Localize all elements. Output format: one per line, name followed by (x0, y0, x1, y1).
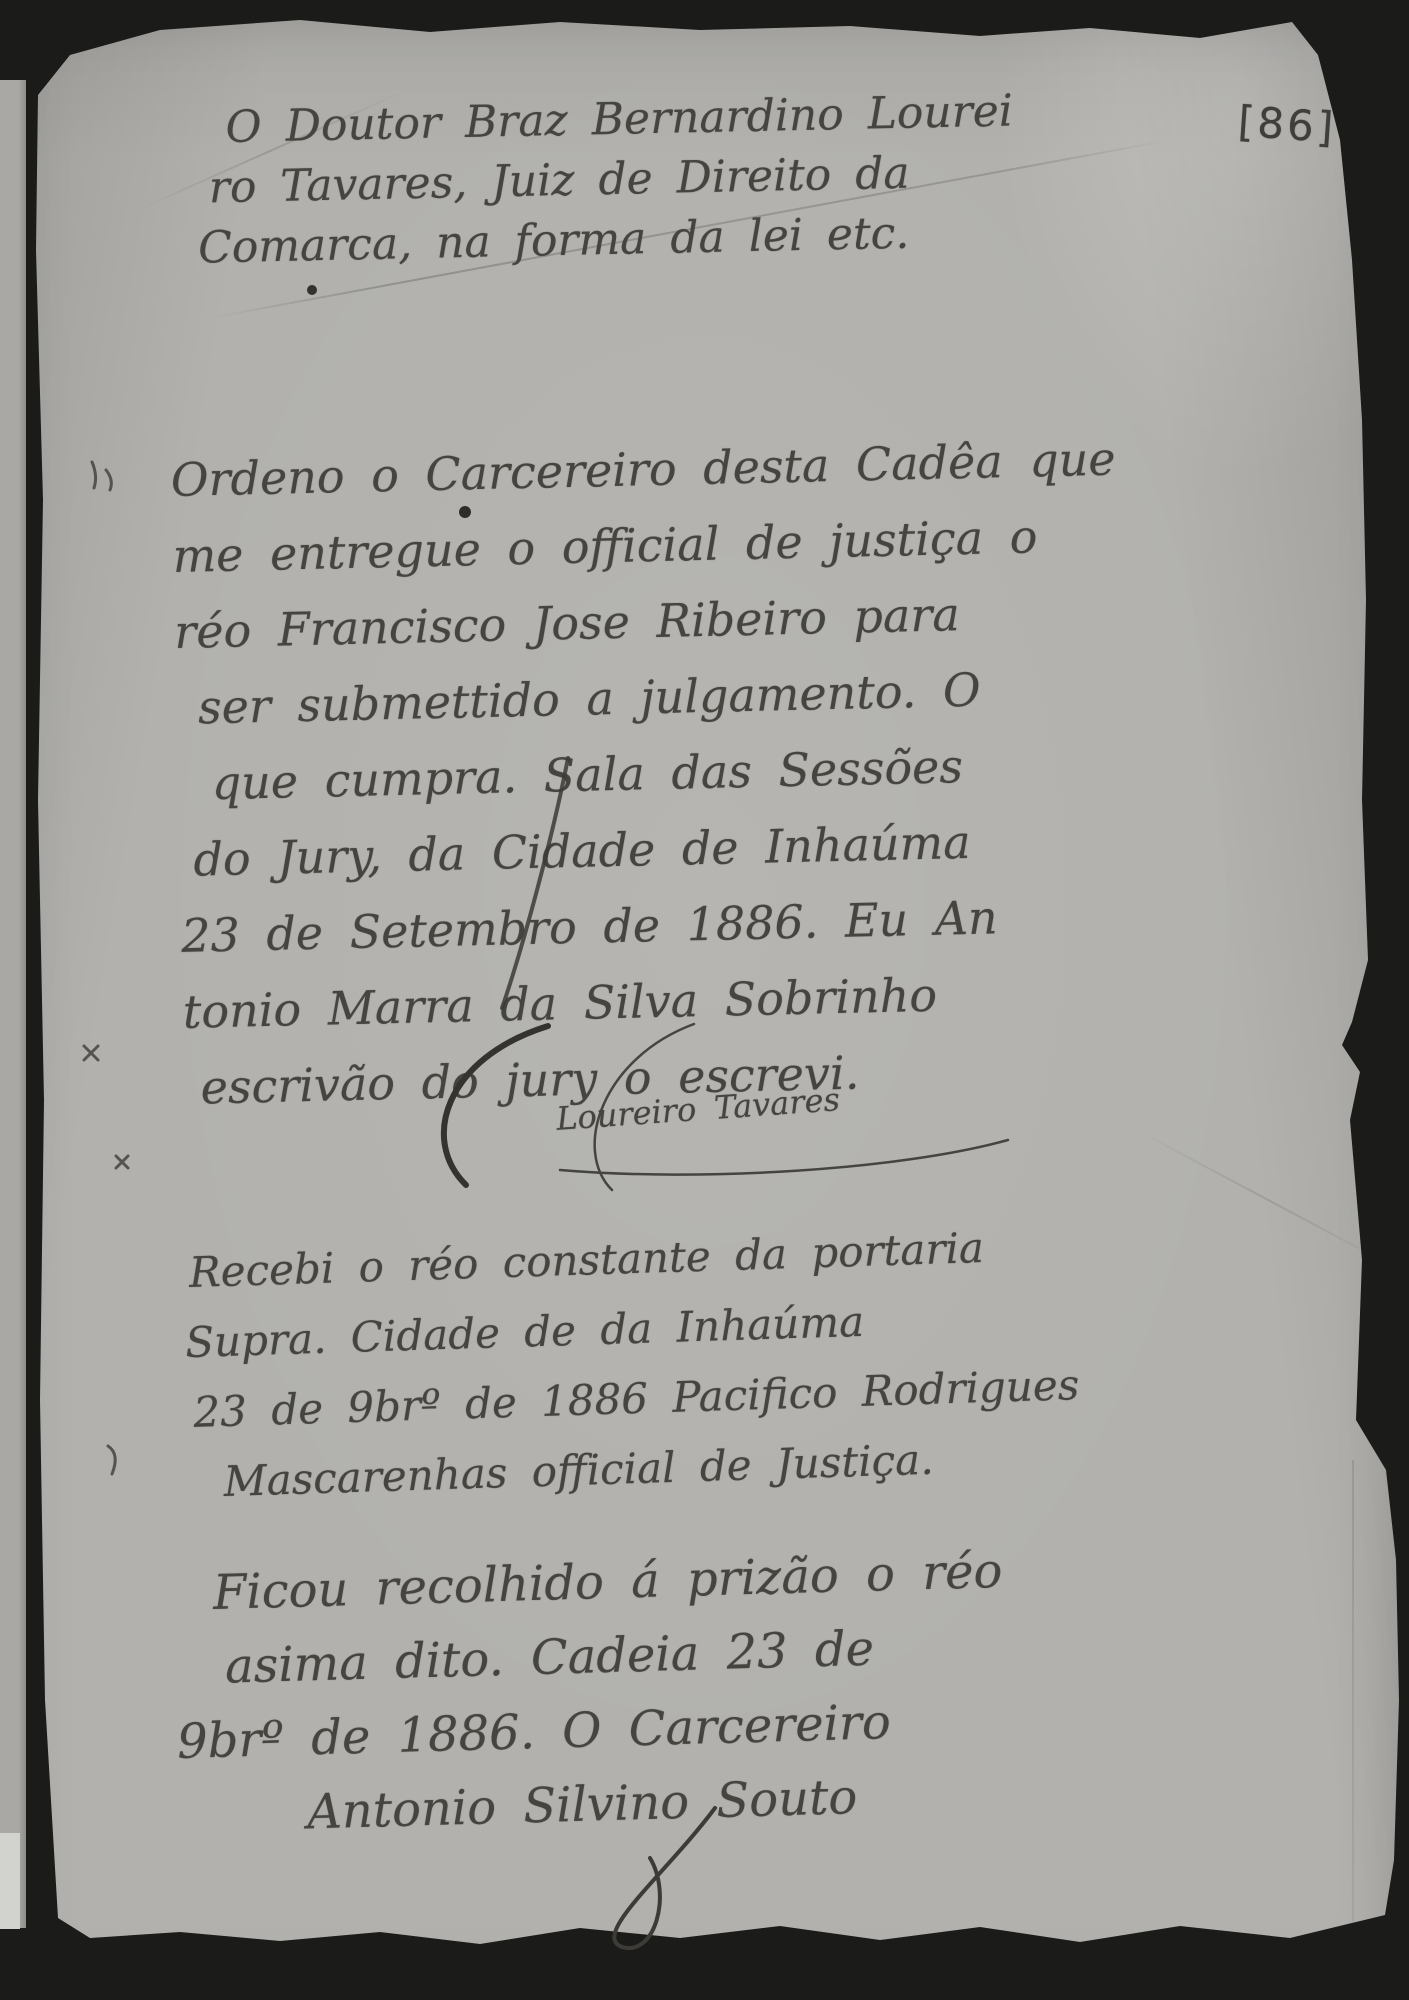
order-paragraph: Ordeno o Carcereiro desta Cadêa que me e… (170, 421, 1130, 1126)
page-number-stamp: [86] (1236, 97, 1337, 153)
crease-line (1137, 1130, 1403, 1273)
scan-canvas: [86] O Doutor Braz Bernardino Lourei ro … (0, 0, 1409, 2000)
adjacent-page-edge (0, 80, 26, 1928)
document-page: [86] O Doutor Braz Bernardino Lourei ro … (0, 0, 1409, 2000)
fold-line (1352, 1460, 1354, 1940)
adjacent-page-corner (0, 1833, 20, 1929)
custody-paragraph: Ficou recolhido á prizão o réo asima dit… (212, 1534, 1010, 1852)
receipt-paragraph: Recebi o réo constante da portaria Supra… (188, 1210, 1083, 1518)
heading-paragraph: O Doutor Braz Bernardino Lourei ro Tavar… (225, 82, 1016, 278)
